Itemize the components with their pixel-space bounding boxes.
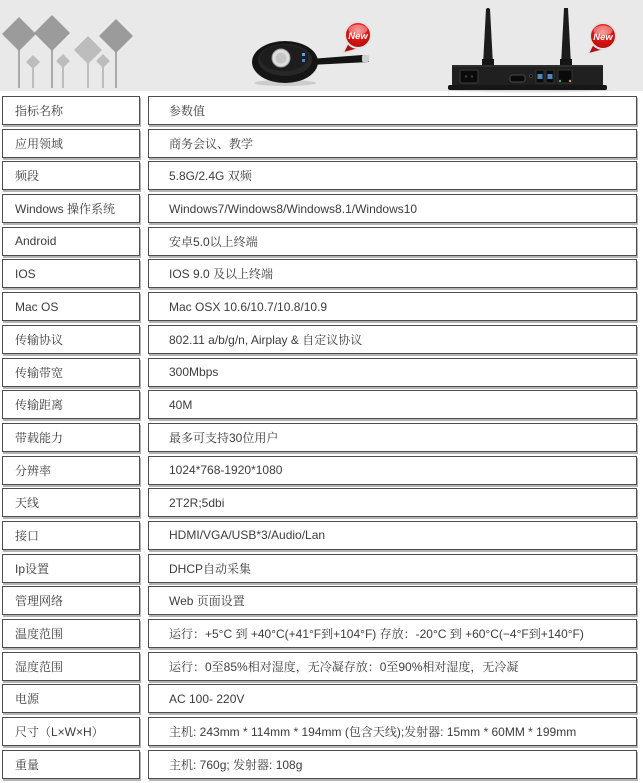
new-badge: New <box>585 21 619 59</box>
spec-value: 802.11 a/b/g/n, Airplay & 自定议协议 <box>148 325 637 354</box>
table-row: 传输距离 40M <box>2 390 637 419</box>
table-row: Mac OS Mac OSX 10.6/10.7/10.8/10.9 <box>2 292 637 321</box>
spec-value: 安卓5.0以上终端 <box>148 227 637 256</box>
spec-label: 尺寸（L×W×H） <box>2 717 140 746</box>
table-row: IOS IOS 9.0 及以上终端 <box>2 259 637 288</box>
spec-label: Ip设置 <box>2 554 140 583</box>
table-row: 尺寸（L×W×H） 主机: 243mm * 114mm * 194mm (包含天… <box>2 717 637 746</box>
spec-label: 传输带宽 <box>2 358 140 387</box>
spec-value: DHCP自动采集 <box>148 554 637 583</box>
spec-label: 指标名称 <box>2 96 140 125</box>
spec-label: 管理网络 <box>2 586 140 615</box>
table-row: 传输带宽 300Mbps <box>2 358 637 387</box>
spec-label: Android <box>2 227 140 256</box>
spec-label: 应用领域 <box>2 129 140 158</box>
spec-label: 传输距离 <box>2 390 140 419</box>
table-row: 分辨率 1024*768-1920*1080 <box>2 456 637 485</box>
new-badge: New <box>340 20 374 58</box>
spec-value: 1024*768-1920*1080 <box>148 456 637 485</box>
spec-label: 分辨率 <box>2 456 140 485</box>
spec-value: 参数值 <box>148 96 637 125</box>
table-row: 电源 AC 100- 220V <box>2 684 637 713</box>
table-row: 天线 2T2R;5dbi <box>2 488 637 517</box>
product-spec-sheet: New <box>0 0 643 783</box>
spec-label: Windows 操作系统 <box>2 194 140 223</box>
spec-value: 商务会议、教学 <box>148 129 637 158</box>
spec-value: 2T2R;5dbi <box>148 488 637 517</box>
spec-value: HDMI/VGA/USB*3/Audio/Lan <box>148 521 637 550</box>
table-row: 管理网络 Web 页面设置 <box>2 586 637 615</box>
table-row: 带载能力 最多可支持30位用户 <box>2 423 637 452</box>
table-row: 温度范围 运行：+5°C 到 +40°C(+41°F到+104°F) 存放：-2… <box>2 619 637 648</box>
table-row: 重量 主机: 760g; 发射器: 108g <box>2 750 637 779</box>
spec-label: 带载能力 <box>2 423 140 452</box>
spec-label: Mac OS <box>2 292 140 321</box>
table-row: 应用领域 商务会议、教学 <box>2 129 637 158</box>
spec-label: 重量 <box>2 750 140 779</box>
table-row: 湿度范围 运行：0至85%相对湿度，无冷凝存放：0至90%相对湿度，无冷凝 <box>2 652 637 681</box>
spec-label: IOS <box>2 259 140 288</box>
spec-label: 电源 <box>2 684 140 713</box>
spec-label: 接口 <box>2 521 140 550</box>
spec-value: 主机: 243mm * 114mm * 194mm (包含天线);发射器: 15… <box>148 717 637 746</box>
spec-value: 运行：+5°C 到 +40°C(+41°F到+104°F) 存放：-20°C 到… <box>148 619 637 648</box>
new-badge-label: New <box>348 31 368 42</box>
spec-label: 天线 <box>2 488 140 517</box>
table-row: 传输协议 802.11 a/b/g/n, Airplay & 自定议协议 <box>2 325 637 354</box>
new-badge-label: New <box>593 32 613 43</box>
spec-value: Windows7/Windows8/Windows8.1/Windows10 <box>148 194 637 223</box>
table-row: Ip设置 DHCP自动采集 <box>2 554 637 583</box>
table-row: 频段 5.8G/2.4G 双频 <box>2 161 637 190</box>
spec-value: 最多可支持30位用户 <box>148 423 637 452</box>
table-row: 指标名称 参数值 <box>2 96 637 125</box>
product-banner: New <box>0 0 643 91</box>
spec-value: 40M <box>148 390 637 419</box>
spec-value: AC 100- 220V <box>148 684 637 713</box>
spec-value: 5.8G/2.4G 双频 <box>148 161 637 190</box>
table-row: Android 安卓5.0以上终端 <box>2 227 637 256</box>
spec-value: IOS 9.0 及以上终端 <box>148 259 637 288</box>
spec-label: 传输协议 <box>2 325 140 354</box>
diamond-antenna-decoration <box>0 0 150 91</box>
spec-label: 湿度范围 <box>2 652 140 681</box>
spec-value: 300Mbps <box>148 358 637 387</box>
table-row: 接口 HDMI/VGA/USB*3/Audio/Lan <box>2 521 637 550</box>
spec-value: Mac OSX 10.6/10.7/10.8/10.9 <box>148 292 637 321</box>
spec-label: 频段 <box>2 161 140 190</box>
spec-value: Web 页面设置 <box>148 586 637 615</box>
spec-label: 温度范围 <box>2 619 140 648</box>
spec-value: 运行：0至85%相对湿度，无冷凝存放：0至90%相对湿度，无冷凝 <box>148 652 637 681</box>
table-row: Windows 操作系统 Windows7/Windows8/Windows8.… <box>2 194 637 223</box>
spec-value: 主机: 760g; 发射器: 108g <box>148 750 637 779</box>
spec-table: 指标名称 参数值 应用领域 商务会议、教学 频段 5.8G/2.4G 双频 Wi… <box>0 91 643 779</box>
